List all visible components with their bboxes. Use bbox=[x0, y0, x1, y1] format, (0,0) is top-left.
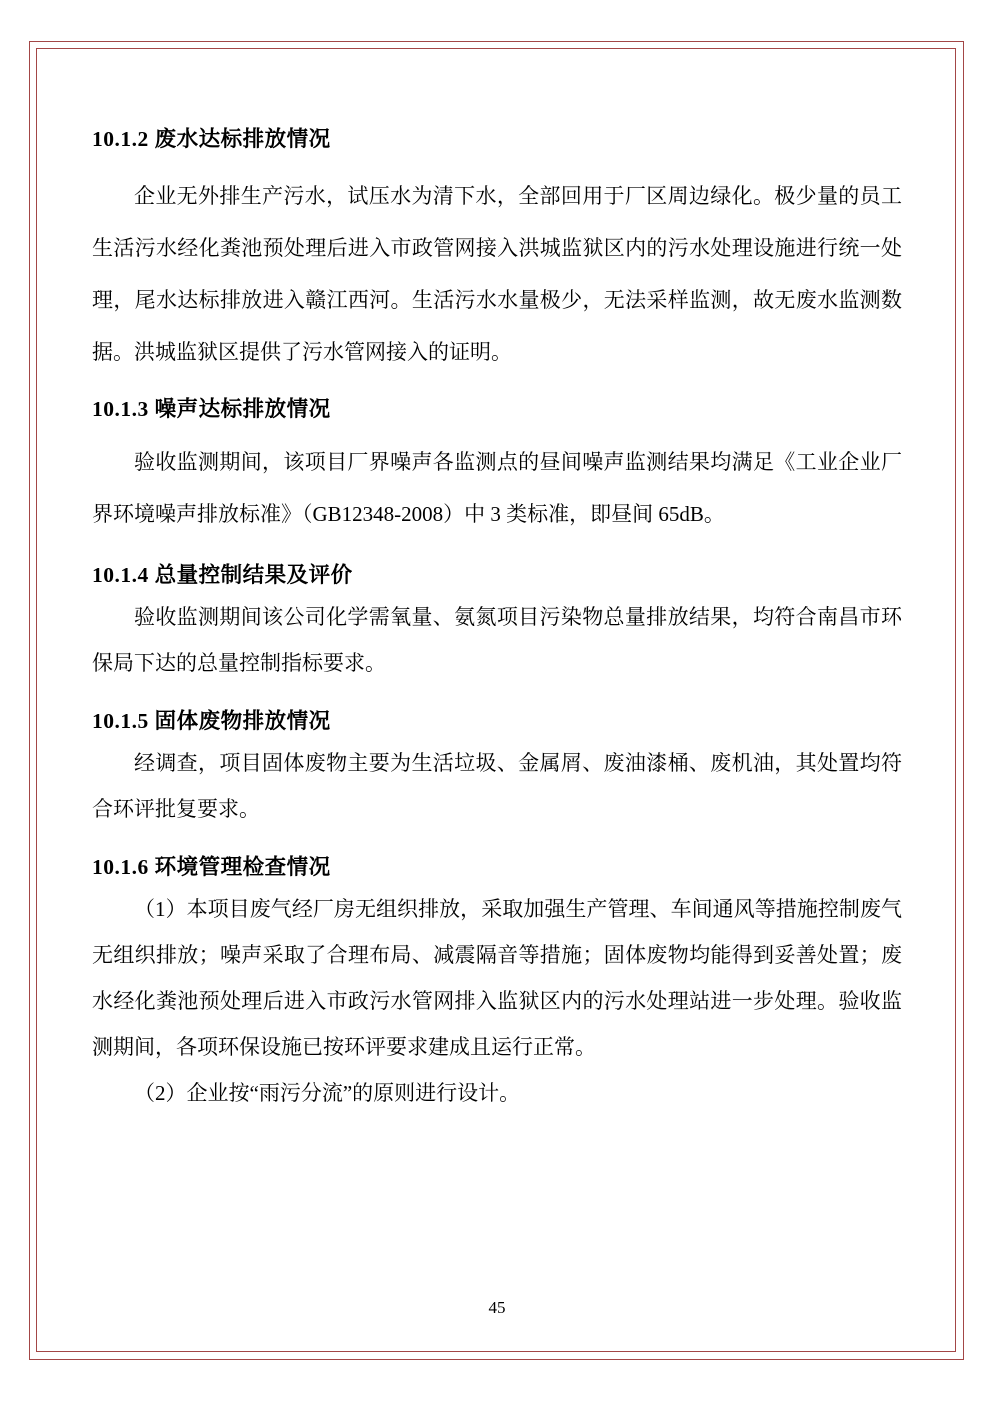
section-10-1-3: 10.1.3 噪声达标排放情况 验收监测期间，该项目厂界噪声各监测点的昼间噪声监… bbox=[92, 394, 902, 540]
section-paragraph: 企业无外排生产污水，试压水为清下水，全部回用于厂区周边绿化。极少量的员工生活污水… bbox=[92, 170, 902, 378]
section-heading: 10.1.2 废水达标排放情况 bbox=[92, 124, 902, 154]
section-heading: 10.1.6 环境管理检查情况 bbox=[92, 852, 902, 882]
section-paragraph: 经调查，项目固体废物主要为生活垃圾、金属屑、废油漆桶、废机油，其处置均符合环评批… bbox=[92, 740, 902, 832]
section-paragraph: 验收监测期间该公司化学需氧量、氨氮项目污染物总量排放结果，均符合南昌市环保局下达… bbox=[92, 594, 902, 686]
page-number: 45 bbox=[92, 1296, 902, 1320]
section-heading: 10.1.4 总量控制结果及评价 bbox=[92, 560, 902, 590]
document-page: 10.1.2 废水达标排放情况 企业无外排生产污水，试压水为清下水，全部回用于厂… bbox=[0, 0, 992, 1403]
section-heading: 10.1.3 噪声达标排放情况 bbox=[92, 394, 902, 424]
section-10-1-2: 10.1.2 废水达标排放情况 企业无外排生产污水，试压水为清下水，全部回用于厂… bbox=[92, 124, 902, 378]
section-paragraph: （2）企业按“雨污分流”的原则进行设计。 bbox=[92, 1070, 902, 1116]
section-10-1-6: 10.1.6 环境管理检查情况 （1）本项目废气经厂房无组织排放，采取加强生产管… bbox=[92, 852, 902, 1116]
section-10-1-4: 10.1.4 总量控制结果及评价 验收监测期间该公司化学需氧量、氨氮项目污染物总… bbox=[92, 560, 902, 686]
section-paragraph: （1）本项目废气经厂房无组织排放，采取加强生产管理、车间通风等措施控制废气无组织… bbox=[92, 886, 902, 1070]
section-heading: 10.1.5 固体废物排放情况 bbox=[92, 706, 902, 736]
document-content: 10.1.2 废水达标排放情况 企业无外排生产污水，试压水为清下水，全部回用于厂… bbox=[92, 0, 902, 1116]
section-10-1-5: 10.1.5 固体废物排放情况 经调查，项目固体废物主要为生活垃圾、金属屑、废油… bbox=[92, 706, 902, 832]
section-paragraph: 验收监测期间，该项目厂界噪声各监测点的昼间噪声监测结果均满足《工业企业厂界环境噪… bbox=[92, 436, 902, 540]
